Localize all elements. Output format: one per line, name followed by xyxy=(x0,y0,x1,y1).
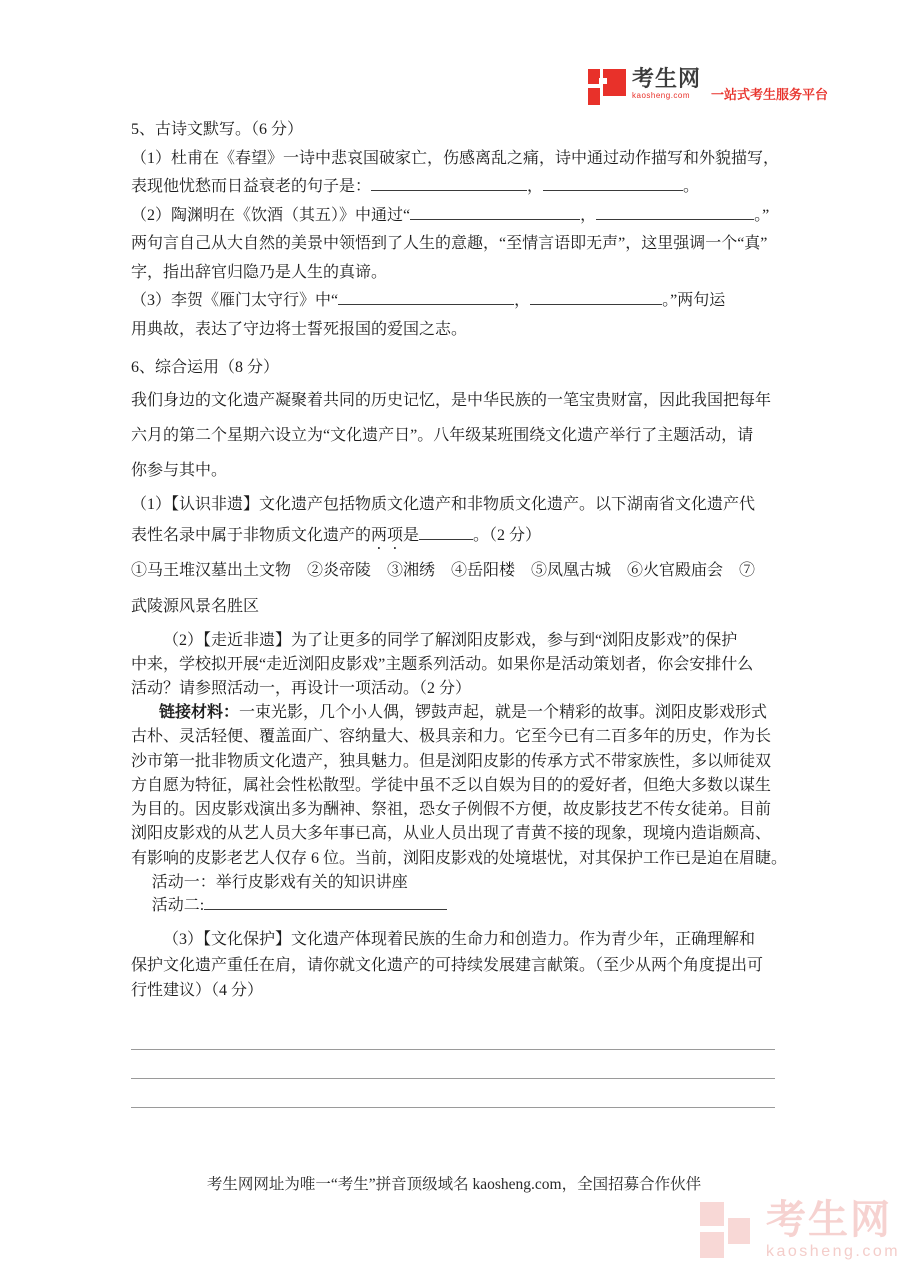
answer-lines xyxy=(131,1021,777,1108)
page-footer: 考生网网址为唯一“考生”拼音顶级域名 kaosheng.com，全国招募合作伙伴 xyxy=(131,1172,777,1194)
material-line: 有影响的皮影老艺人仅存 6 位。当前，浏阳皮影戏的处境堪忧，对其保护工作已是迫在… xyxy=(131,847,777,871)
question-5-heading: 5、古诗文默写。（6 分） xyxy=(131,116,777,145)
punct: 。” xyxy=(754,207,769,224)
q6-3-line1: （3）【文化保护】文化遗产体现着民族的生命力和创造力。作为青少年，正确理解和 xyxy=(131,927,777,953)
watermark-text-group: 考生网 kaosheng.com xyxy=(766,1200,900,1260)
q6-1-line2-mid: 是 xyxy=(403,527,419,544)
q5-2-line1: （2）陶渊明在《饮酒（其五）》中通过“，。” xyxy=(131,202,777,231)
material-line: 浏阳皮影戏的从艺人员大多年事已高，从业人员出现了青黄不接的现象，现境内造诣颇高、 xyxy=(131,822,777,846)
logo-brand-name: 考生网 xyxy=(632,68,701,90)
q5-1-line2-text: 表现他忧愁而日益衰老的句子是： xyxy=(131,178,371,195)
material-line: 为目的。因皮影戏演出多为酬神、祭祖，恐女子例假不方便，故皮影技艺不传女徒弟。目前 xyxy=(131,798,777,822)
watermark-domain: kaosheng.com xyxy=(766,1244,900,1260)
q6-3-line3: 行性建议）（4 分） xyxy=(131,978,777,1004)
punct: 。 xyxy=(683,178,699,195)
q6-2-line1: （2）【走近非遗】为了让更多的同学了解浏阳皮影戏，参与到“浏阳皮影戏”的保护 xyxy=(131,629,777,653)
punct: ， xyxy=(580,207,596,224)
q5-1-line2: 表现他忧愁而日益衰老的句子是：，。 xyxy=(131,173,777,202)
activity-1-line: 活动一：举行皮影戏有关的知识讲座 xyxy=(131,871,777,894)
kaosheng-watermark-icon xyxy=(700,1200,758,1260)
exam-document-page: 考生网 kaosheng.com 一站式考生服务平台 5、古诗文默写。（6 分）… xyxy=(0,0,900,1272)
q5-2-line1-text: （2）陶渊明在《饮酒（其五）》中通过“ xyxy=(131,207,410,224)
answer-blank xyxy=(419,525,473,540)
answer-blank xyxy=(204,895,447,910)
q5-1-line1: （1）杜甫在《春望》一诗中悲哀国破家亡，伤感离乱之痛，诗中通过动作描写和外貌描写… xyxy=(131,145,777,174)
answer-blank xyxy=(371,176,527,191)
question-6-heading: 6、综合运用（8 分） xyxy=(131,353,777,383)
answer-blank xyxy=(530,290,662,305)
watermark-block-icon xyxy=(728,1218,750,1244)
heritage-options-list: ①马王堆汉墓出土文物 ②炎帝陵 ③湘绣 ④岳阳楼 ⑤凤凰古城 ⑥火官殿庙会 ⑦ … xyxy=(131,553,777,625)
question-6-1: （1）【认识非遗】文化遗产包括物质文化遗产和非物质文化遗产。以下湖南省文化遗产代… xyxy=(131,490,777,553)
material-line1: 链接材料：一束光影，几个小人偶，锣鼓声起，就是一个精彩的故事。浏阳皮影戏形式 xyxy=(131,701,777,725)
material-line: 古朴、灵活轻便、覆盖面广、容纳量大、极具亲和力。它至今已有二百多年的历史，作为长 xyxy=(131,725,777,749)
options-line: 武陵源风景名胜区 xyxy=(131,589,777,625)
q5-3-line2: 用典故，表达了守边将士誓死报国的爱国之志。 xyxy=(131,316,777,345)
logo-block-icon xyxy=(588,88,600,105)
question-6-3: （3）【文化保护】文化遗产体现着民族的生命力和创造力。作为青少年，正确理解和 保… xyxy=(131,927,777,1004)
activity-2-line: 活动二: xyxy=(131,894,777,917)
logo-block-icon xyxy=(603,69,626,96)
q5-2-line3: 字，指出辞官归隐乃是人生的真谛。 xyxy=(131,259,777,288)
q5-3-line1: （3）李贺《雁门太守行》中“，。”两句运 xyxy=(131,287,777,316)
q6-2-line2: 中来，学校拟开展“走近浏阳皮影戏”主题系列活动。如果你是活动策划者，你会安排什么 xyxy=(131,653,777,677)
kaosheng-watermark: 考生网 kaosheng.com xyxy=(700,1200,900,1260)
watermark-block-icon xyxy=(700,1232,724,1258)
watermark-brand: 考生网 xyxy=(766,1200,900,1240)
logo-tagline: 一站式考生服务平台 xyxy=(711,84,828,103)
q5-2-line2: 两句言自己从大自然的美景中领悟到了人生的意趣，“至情言语即无声”，这里强调一个“… xyxy=(131,230,777,259)
punct: ， xyxy=(527,178,543,195)
kaosheng-logo: 考生网 kaosheng.com 一站式考生服务平台 xyxy=(588,68,828,106)
logo-text-group: 考生网 kaosheng.com xyxy=(632,68,701,100)
material-line1-text: 一束光影，几个小人偶，锣鼓声起，就是一个精彩的故事。浏阳皮影戏形式 xyxy=(239,704,767,721)
punct: 。”两句运 xyxy=(662,292,725,309)
q6-1-line2-text: 表性名录中属于非物质文化遗产的 xyxy=(131,527,371,544)
material-line: 沙市第一批非物质文化遗产，独具魅力。但是浏阳皮影的传承方式不带家族性，多以师徒双 xyxy=(131,750,777,774)
answer-blank xyxy=(596,205,754,220)
logo-domain: kaosheng.com xyxy=(632,92,701,100)
activities: 活动一：举行皮影戏有关的知识讲座 活动二: xyxy=(131,871,777,917)
question-6-intro: 我们身边的文化遗产凝聚着共同的历史记忆，是中华民族的一笔宝贵财富，因此我国把每年… xyxy=(131,383,777,488)
activity-2-label: 活动二: xyxy=(152,897,204,914)
answer-ruled-line xyxy=(131,1050,775,1079)
q6-1-line2: 表性名录中属于非物质文化遗产的两项是。（2 分） xyxy=(131,521,777,553)
watermark-block-icon xyxy=(700,1202,724,1226)
intro-line: 你参与其中。 xyxy=(131,453,777,488)
document-body: 5、古诗文默写。（6 分） （1）杜甫在《春望》一诗中悲哀国破家亡，伤感离乱之痛… xyxy=(131,116,777,1108)
question-6-2: （2）【走近非遗】为了让更多的同学了解浏阳皮影戏，参与到“浏阳皮影戏”的保护 中… xyxy=(131,629,777,701)
linked-material: 链接材料：一束光影，几个小人偶，锣鼓声起，就是一个精彩的故事。浏阳皮影戏形式 古… xyxy=(131,701,777,871)
q5-3-line1-text: （3）李贺《雁门太守行》中“ xyxy=(131,292,338,309)
material-line: 方自愿为特征，属社会性松散型。学徒中虽不乏以自娱为目的的爱好者，但绝大多数以谋生 xyxy=(131,774,777,798)
answer-blank xyxy=(543,176,683,191)
punct: ， xyxy=(514,292,530,309)
section-question-5: 5、古诗文默写。（6 分） （1）杜甫在《春望》一诗中悲哀国破家亡，伤感离乱之痛… xyxy=(131,116,777,344)
answer-ruled-line xyxy=(131,1079,775,1108)
q6-3-line2: 保护文化遗产重任在肩，请你就文化遗产的可持续发展建言献策。（至少从两个角度提出可 xyxy=(131,953,777,979)
q6-2-line3: 活动？请参照活动一，再设计一项活动。（2 分） xyxy=(131,677,777,701)
answer-blank xyxy=(338,290,514,305)
intro-line: 六月的第二个星期六设立为“文化遗产日”。八年级某班围绕文化遗产举行了主题活动，请 xyxy=(131,418,777,453)
answer-ruled-line xyxy=(131,1021,775,1050)
material-label: 链接材料： xyxy=(159,704,239,721)
q6-1-line2-end: 。（2 分） xyxy=(473,527,541,544)
q6-1-line1: （1）【认识非遗】文化遗产包括物质文化遗产和非物质文化遗产。以下湖南省文化遗产代 xyxy=(131,490,777,519)
emphasized-text: 两项 xyxy=(371,527,403,544)
answer-blank xyxy=(410,205,580,220)
intro-line: 我们身边的文化遗产凝聚着共同的历史记忆，是中华民族的一笔宝贵财富，因此我国把每年 xyxy=(131,383,777,418)
options-line: ①马王堆汉墓出土文物 ②炎帝陵 ③湘绣 ④岳阳楼 ⑤凤凰古城 ⑥火官殿庙会 ⑦ xyxy=(131,553,777,589)
kaosheng-logo-icon xyxy=(588,68,626,106)
